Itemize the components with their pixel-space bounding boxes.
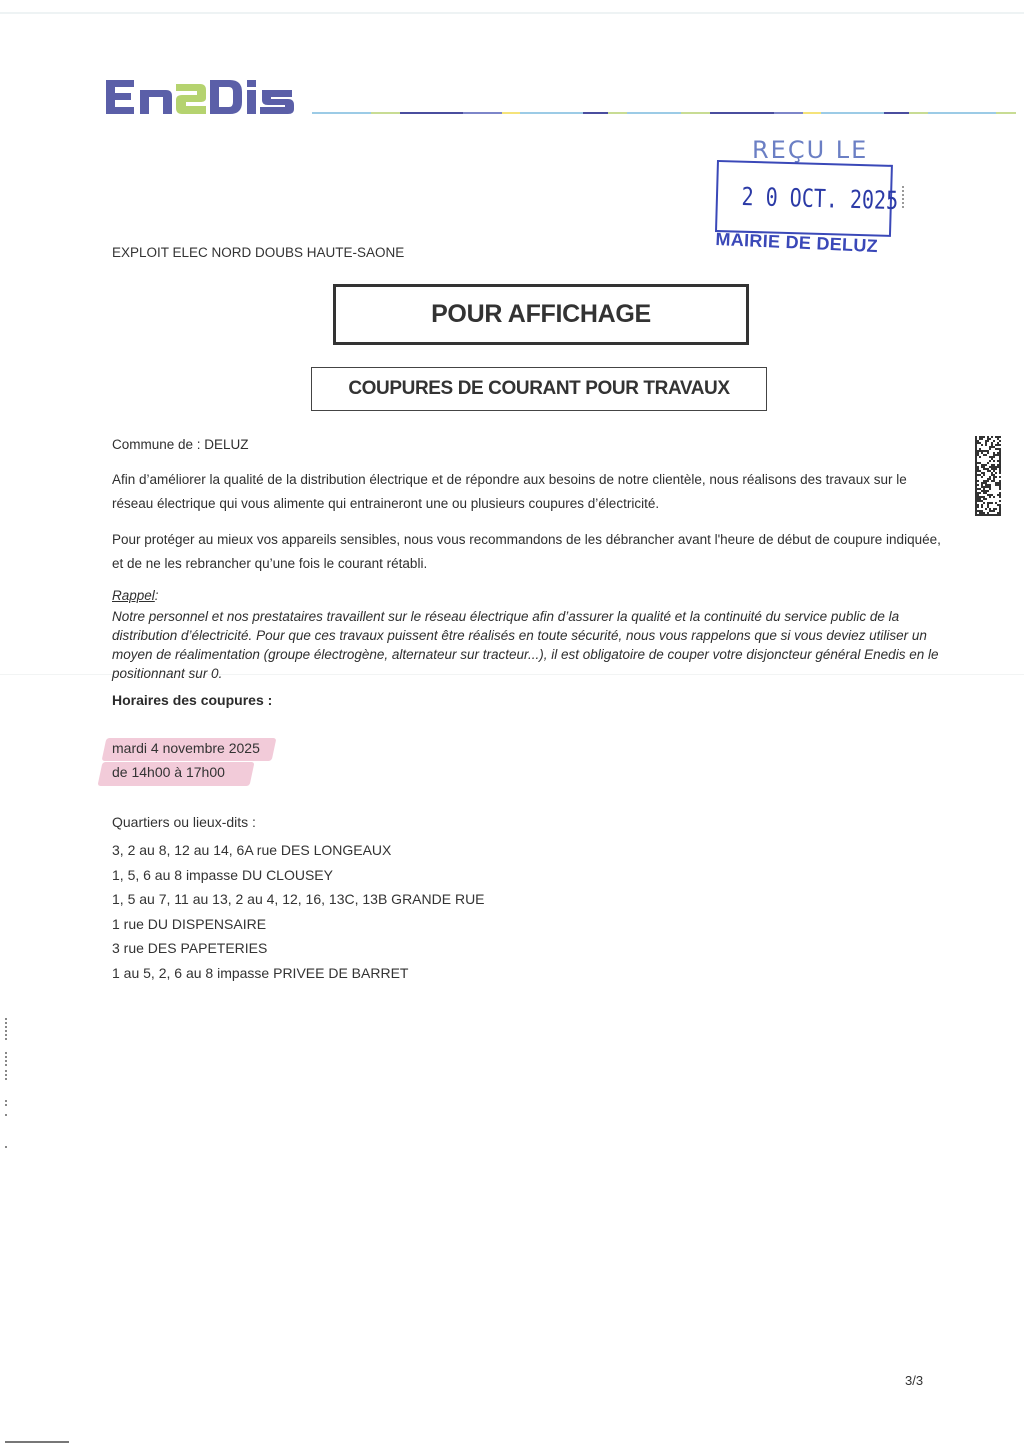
display-title: POUR AFFICHAGE	[431, 300, 651, 329]
stamp-mark	[902, 186, 906, 208]
list-item: 3 rue DES PAPETERIES	[112, 936, 485, 961]
list-item: 1, 5, 6 au 8 impasse DU CLOUSEY	[112, 863, 485, 888]
page-number: 3/3	[905, 1373, 923, 1388]
commune: Commune de : DELUZ	[112, 433, 942, 457]
list-item: 3, 2 au 8, 12 au 14, 6A rue DES LONGEAUX	[112, 838, 485, 863]
rappel-label: Rappel	[112, 588, 155, 603]
display-title-box: POUR AFFICHAGE	[333, 284, 749, 345]
intro-paragraph: Afin d’améliorer la qualité de la distri…	[112, 468, 942, 516]
stamp-date: 2 0 OCT. 2025	[741, 182, 898, 215]
scan-bottom-rule	[5, 1441, 69, 1443]
scan-top-edge	[0, 12, 1024, 14]
rappel-colon: :	[155, 588, 159, 603]
enedis-logo	[104, 76, 300, 118]
subject-title: COUPURES DE COURANT POUR TRAVAUX	[348, 378, 729, 400]
areas-label: Quartiers ou lieux-dits :	[112, 814, 256, 830]
list-item: 1 rue DU DISPENSAIRE	[112, 912, 485, 937]
stamp-received-label: REÇU LE	[752, 136, 868, 164]
outage-date: mardi 4 novembre 2025	[112, 740, 260, 756]
outage-time: de 14h00 à 17h00	[112, 764, 225, 780]
margin-print-marks	[3, 1018, 11, 1178]
header-rule	[312, 112, 1016, 115]
list-item: 1, 5 au 7, 11 au 13, 2 au 4, 12, 16, 13C…	[112, 887, 485, 912]
list-item: 1 au 5, 2, 6 au 8 impasse PRIVEE DE BARR…	[112, 961, 485, 986]
sender-unit: EXPLOIT ELEC NORD DOUBS HAUTE-SAONE	[112, 245, 404, 260]
schedule-heading: Horaires des coupures :	[112, 692, 272, 708]
areas-list: 3, 2 au 8, 12 au 14, 6A rue DES LONGEAUX…	[112, 838, 485, 985]
advice-paragraph: Pour protéger au mieux vos appareils sen…	[112, 528, 942, 576]
rappel-heading: Rappel :	[112, 588, 159, 603]
datamatrix-barcode	[975, 436, 1001, 516]
subject-box: COUPURES DE COURANT POUR TRAVAUX	[311, 367, 767, 411]
rappel-text: Notre personnel et nos prestataires trav…	[112, 607, 942, 683]
